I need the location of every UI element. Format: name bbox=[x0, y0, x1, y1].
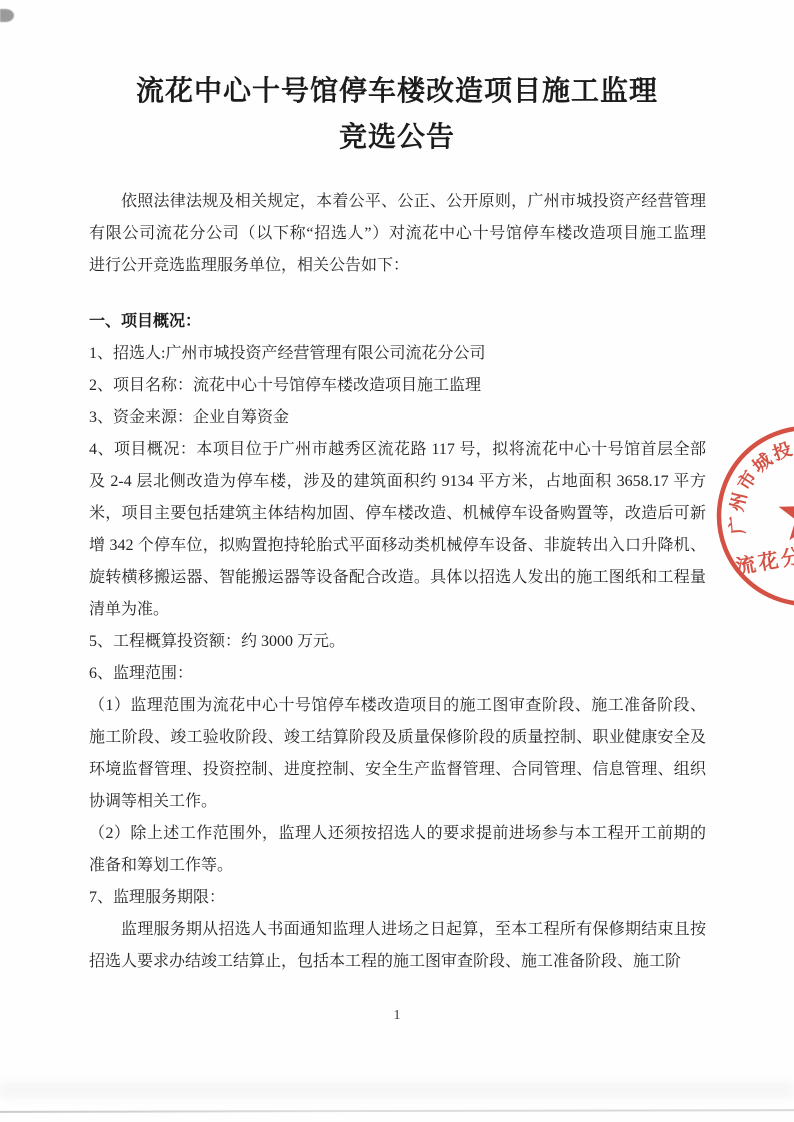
doc-line: 准备和筹划工作等。 bbox=[89, 850, 706, 882]
doc-line: 3、资金来源：企业自筹资金 bbox=[89, 402, 706, 434]
doc-line: （2）除上述工作范围外，监理人还须按招选人的要求提前进场参与本工程开工前期的 bbox=[89, 818, 706, 850]
seal-inner-text: 流花分 bbox=[734, 543, 794, 579]
official-seal: 广州市城投资产经营管理 流花分 bbox=[700, 406, 794, 626]
document-title-line2: 竞选公告 bbox=[0, 114, 794, 160]
doc-line: 有限公司流花分公司（以下称“招选人”）对流花中心十号馆停车楼改造项目施工监理 bbox=[89, 218, 706, 250]
scan-artifact-line bbox=[0, 1109, 794, 1113]
doc-line: 协调等相关工作。 bbox=[89, 786, 706, 818]
document-title-line2-text: 竞选公告 bbox=[339, 121, 455, 152]
doc-line: 招选人要求办结竣工结算止，包括本工程的施工图审查阶段、施工准备阶段、施工阶 bbox=[89, 946, 706, 978]
document-title: 流花中心十号馆停车楼改造项目施工监理 竞选公告 bbox=[0, 68, 794, 160]
doc-line: （1）监理范围为流花中心十号馆停车楼改造项目的施工图审查阶段、施工准备阶段、 bbox=[89, 690, 706, 722]
doc-line: 施工阶段、竣工验收阶段、竣工结算阶段及质量保修阶段的质量控制、职业健康安全及 bbox=[89, 722, 706, 754]
scan-artifact-blob bbox=[0, 9, 14, 22]
doc-line: 米，项目主要包括建筑主体结构加固、停车楼改造、机械停车设备购置等，改造后可新 bbox=[89, 498, 706, 530]
doc-line: 进行公开竞选监理服务单位，相关公告如下： bbox=[89, 250, 706, 282]
doc-line: 7、监理服务期限： bbox=[89, 882, 706, 914]
star-icon bbox=[779, 486, 794, 540]
scanned-document-page: 流花中心十号馆停车楼改造项目施工监理 竞选公告 依照法律法规及相关规定，本着公平… bbox=[0, 0, 794, 1122]
doc-line: 及 2-4 层北侧改造为停车楼，涉及的建筑面积约 9134 平方米，占地面积 3… bbox=[89, 466, 706, 498]
document-title-line1-text: 流花中心十号馆停车楼改造项目施工监理 bbox=[136, 75, 658, 106]
doc-line: 清单为准。 bbox=[89, 594, 706, 626]
doc-line: 监理服务期从招选人书面通知监理人进场之日起算，至本工程所有保修期结束且按 bbox=[89, 914, 706, 946]
doc-line: 6、监理范围： bbox=[89, 658, 706, 690]
svg-text:广州市城投资产经营管理: 广州市城投资产经营管理 bbox=[725, 436, 794, 536]
doc-line: 增 342 个停车位，拟购置抱持轮胎式平面移动类机械停车设备、非旋转出入口升降机… bbox=[89, 530, 706, 562]
scan-artifact-smudge bbox=[0, 1082, 794, 1098]
page-number: 1 bbox=[0, 1008, 794, 1024]
doc-line: 环境监督管理、投资控制、进度控制、安全生产监督管理、合同管理、信息管理、组织 bbox=[89, 754, 706, 786]
document-body: 依照法律法规及相关规定，本着公平、公正、公开原则，广州市城投资产经营管理 有限公… bbox=[89, 186, 706, 978]
doc-line: 2、项目名称：流花中心十号馆停车楼改造项目施工监理 bbox=[89, 370, 706, 402]
doc-line: 依照法律法规及相关规定，本着公平、公正、公开原则，广州市城投资产经营管理 bbox=[89, 186, 706, 218]
document-title-line1: 流花中心十号馆停车楼改造项目施工监理 bbox=[0, 68, 794, 114]
doc-section-heading: 一、项目概况： bbox=[89, 306, 706, 338]
seal-arc-text: 广州市城投资产经营管理 bbox=[725, 436, 794, 536]
doc-line: 旋转横移搬运器、智能搬运器等设备配合改造。具体以招选人发出的施工图纸和工程量 bbox=[89, 562, 706, 594]
doc-line: 5、工程概算投资额：约 3000 万元。 bbox=[89, 626, 706, 658]
doc-line: 1、招选人:广州市城投资产经营管理有限公司流花分公司 bbox=[89, 338, 706, 370]
doc-line: 4、项目概况：本项目位于广州市越秀区流花路 117 号，拟将流花中心十号馆首层全… bbox=[89, 434, 706, 466]
